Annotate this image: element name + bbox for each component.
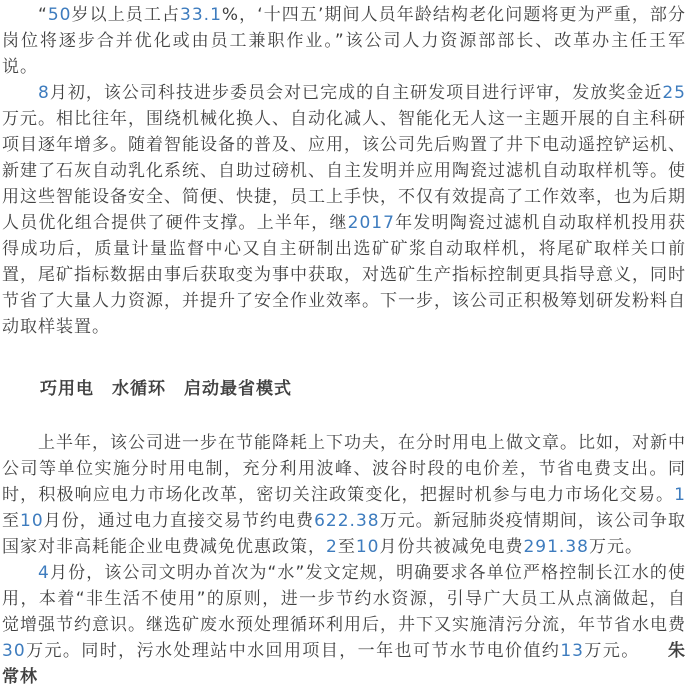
highlighted-number: 25 — [662, 83, 686, 103]
paragraph-tech-projects: 8月初，该公司科技进步委员会对已完成的自主研发项目进行评审，发放奖金近25万元。… — [2, 80, 686, 340]
highlighted-number: 10 — [20, 511, 44, 531]
section-heading: 巧用电 水循环 启动最省模式 — [2, 376, 686, 402]
paragraph-quote-workforce: “50岁以上员工占33.1%，‘十四五’期间人员年龄结构老化问题将更为严重，部分… — [2, 2, 686, 80]
highlighted-number: 2 — [326, 537, 338, 557]
paragraph-water-saving: 4月份，该公司文明办首次为“水”发文定规，明确要求各单位严格控制长江水的使用，本… — [2, 560, 686, 690]
highlighted-number: 10 — [356, 537, 380, 557]
highlighted-number: 291.38 — [523, 537, 588, 557]
highlighted-number: 33.1 — [180, 5, 222, 25]
highlighted-number: 1 — [674, 485, 686, 505]
article-body: “50岁以上员工占33.1%，‘十四五’期间人员年龄结构老化问题将更为严重，部分… — [0, 0, 688, 696]
highlighted-number: 4 — [38, 563, 50, 583]
highlighted-number: 50 — [48, 5, 72, 25]
paragraph-electricity-saving: 上半年，该公司进一步在节能降耗上下功夫，在分时用电上做文章。比如，对新中公司等单… — [2, 430, 686, 560]
paragraph-water-saving-text: 4月份，该公司文明办首次为“水”发文定规，明确要求各单位严格控制长江水的使用，本… — [2, 563, 686, 661]
highlighted-number: 8 — [38, 83, 50, 103]
highlighted-number: 622.38 — [314, 511, 379, 531]
highlighted-number: 13 — [560, 641, 584, 661]
highlighted-number: 30 — [2, 641, 26, 661]
highlighted-number: 2017 — [348, 213, 395, 233]
